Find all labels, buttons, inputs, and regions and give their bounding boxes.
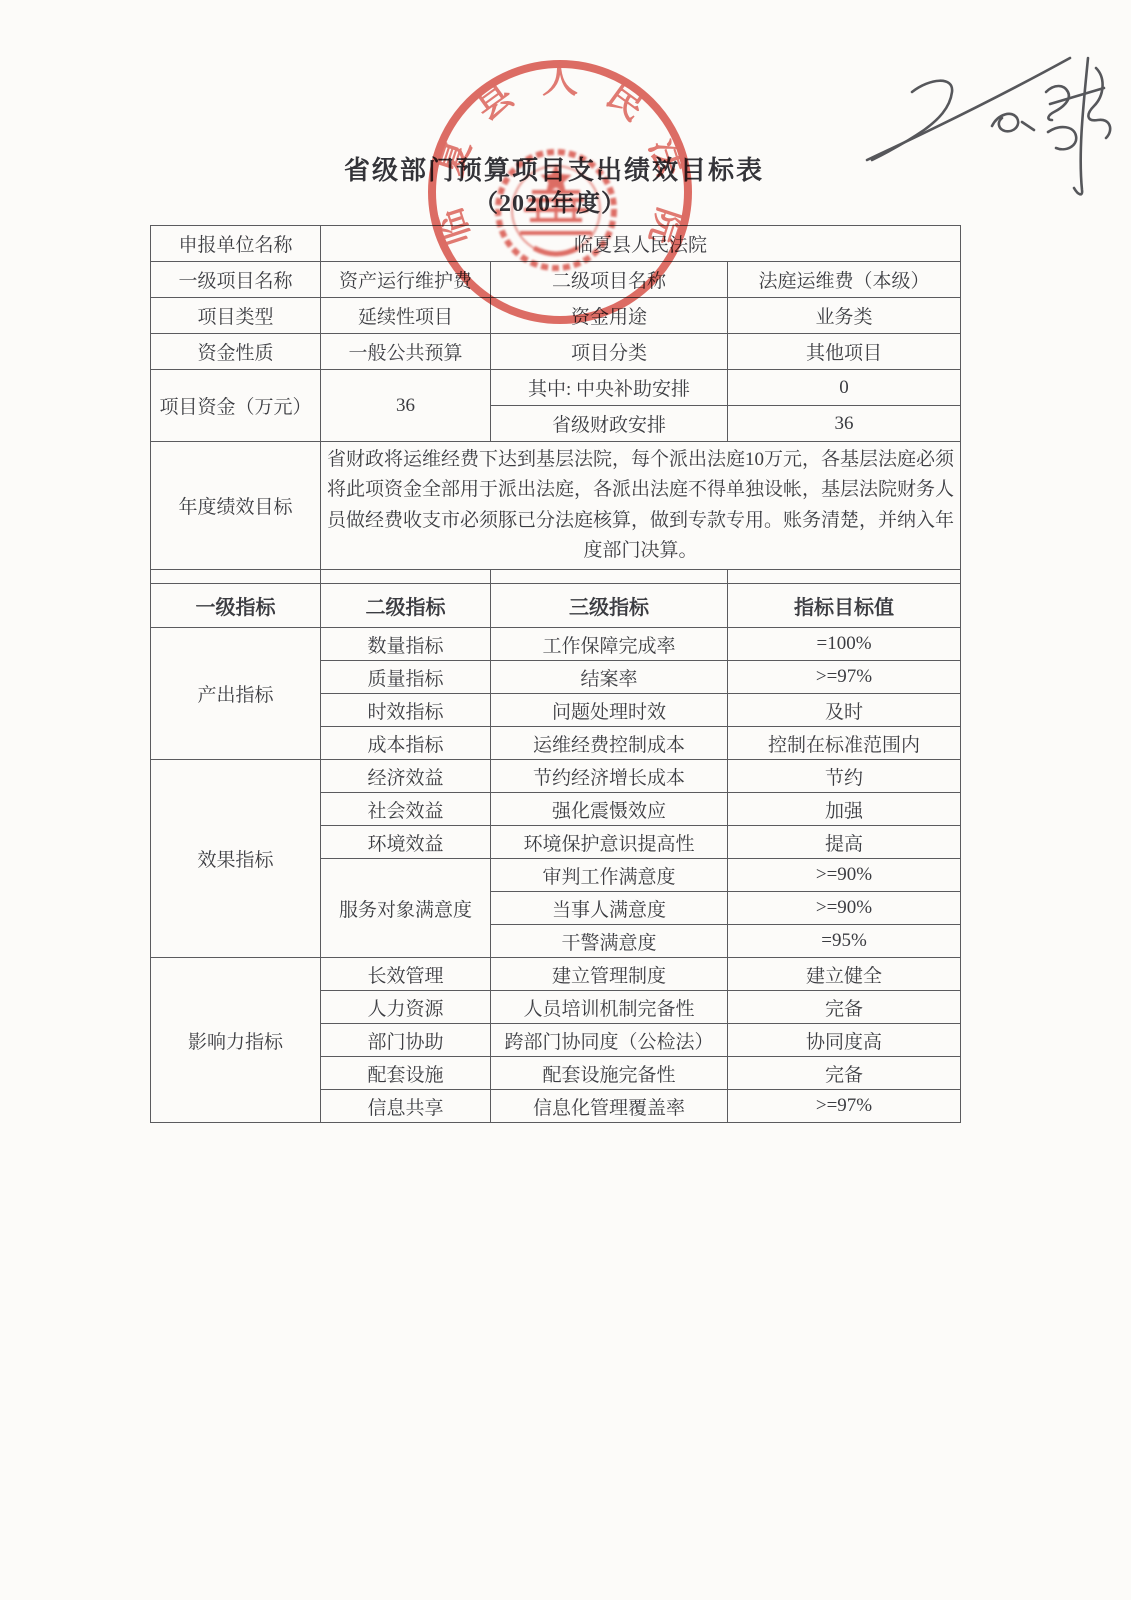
central-subsidy-label: 其中: 中央补助安排 xyxy=(491,370,728,406)
target-cell: 建立健全 xyxy=(728,958,961,991)
target-cell: 完备 xyxy=(728,991,961,1024)
project-category-label: 项目分类 xyxy=(491,334,728,370)
handwritten-signature xyxy=(850,40,1120,210)
table-row: 资金性质 一般公共预算 项目分类 其他项目 xyxy=(151,334,961,370)
signature-stroke xyxy=(1074,58,1088,194)
target-cell: >=90% xyxy=(728,892,961,925)
level2-project-value: 法庭运维费（本级） xyxy=(728,262,961,298)
target-cell: >=97% xyxy=(728,661,961,694)
fund-nature-value: 一般公共预算 xyxy=(321,334,491,370)
level3-cell: 当事人满意度 xyxy=(491,892,728,925)
project-fund-value: 36 xyxy=(321,370,491,442)
level3-cell: 运维经费控制成本 xyxy=(491,727,728,760)
indicator-row: 效果指标 经济效益 节约经济增长成本 节约 xyxy=(151,760,961,793)
level2-cell: 时效指标 xyxy=(321,694,491,727)
national-emblem-icon xyxy=(498,152,614,268)
annual-goal-text: 省财政将运维经费下达到基层法院，每个派出法庭10万元，各基层法庭必须将此项资金全… xyxy=(321,442,961,570)
seal-char: 民 xyxy=(600,75,653,129)
project-type-label: 项目类型 xyxy=(151,298,321,334)
provincial-finance-label: 省级财政安排 xyxy=(491,406,728,442)
level3-cell: 建立管理制度 xyxy=(491,958,728,991)
provincial-finance-value: 36 xyxy=(728,406,961,442)
target-cell: >=90% xyxy=(728,859,961,892)
indicator-header-row: 一级指标 二级指标 三级指标 指标目标值 xyxy=(151,584,961,628)
level3-cell: 结案率 xyxy=(491,661,728,694)
level2-cell: 数量指标 xyxy=(321,628,491,661)
table-row: 项目资金（万元） 36 其中: 中央补助安排 0 xyxy=(151,370,961,406)
target-cell: 协同度高 xyxy=(728,1024,961,1057)
group-effect-label: 效果指标 xyxy=(151,760,321,958)
target-cell: 加强 xyxy=(728,793,961,826)
declaring-unit-label: 申报单位名称 xyxy=(151,226,321,262)
indicator-row: 影响力指标 长效管理 建立管理制度 建立健全 xyxy=(151,958,961,991)
project-fund-label: 项目资金（万元） xyxy=(151,370,321,442)
level3-cell: 配套设施完备性 xyxy=(491,1057,728,1090)
seal-char: 县 xyxy=(468,75,521,129)
level2-cell: 配套设施 xyxy=(321,1057,491,1090)
fund-nature-label: 资金性质 xyxy=(151,334,321,370)
level2-cell: 部门协助 xyxy=(321,1024,491,1057)
signature-stroke xyxy=(872,81,952,160)
level2-cell: 成本指标 xyxy=(321,727,491,760)
spacer-cell xyxy=(321,570,491,584)
budget-performance-table: 申报单位名称 临夏县人民法院 一级项目名称 资产运行维护费 二级项目名称 法庭运… xyxy=(150,225,961,1123)
target-cell: =95% xyxy=(728,925,961,958)
target-cell: 提高 xyxy=(728,826,961,859)
level3-cell: 问题处理时效 xyxy=(491,694,728,727)
target-cell: 及时 xyxy=(728,694,961,727)
level2-cell: 环境效益 xyxy=(321,826,491,859)
header-target: 指标目标值 xyxy=(728,584,961,628)
level3-cell: 干警满意度 xyxy=(491,925,728,958)
header-level1: 一级指标 xyxy=(151,584,321,628)
level2-cell: 社会效益 xyxy=(321,793,491,826)
target-cell: 节约 xyxy=(728,760,961,793)
level3-cell: 人员培训机制完备性 xyxy=(491,991,728,1024)
target-cell: >=97% xyxy=(728,1090,961,1123)
level3-cell: 节约经济增长成本 xyxy=(491,760,728,793)
level1-project-label: 一级项目名称 xyxy=(151,262,321,298)
spacer-cell xyxy=(728,570,961,584)
spacer-cell xyxy=(491,570,728,584)
indicator-row: 产出指标 数量指标 工作保障完成率 =100% xyxy=(151,628,961,661)
level2-cell: 信息共享 xyxy=(321,1090,491,1123)
level3-cell: 信息化管理覆盖率 xyxy=(491,1090,728,1123)
level2-cell: 经济效益 xyxy=(321,760,491,793)
table-row: 年度绩效目标 省财政将运维经费下达到基层法院，每个派出法庭10万元，各基层法庭必… xyxy=(151,442,961,570)
central-subsidy-value: 0 xyxy=(728,370,961,406)
level3-cell: 审判工作满意度 xyxy=(491,859,728,892)
target-cell: 控制在标准范围内 xyxy=(728,727,961,760)
target-cell: 完备 xyxy=(728,1057,961,1090)
signature-stroke xyxy=(867,58,1070,160)
header-level3: 三级指标 xyxy=(491,584,728,628)
level3-cell: 环境保护意识提高性 xyxy=(491,826,728,859)
level3-cell: 跨部门协同度（公检法） xyxy=(491,1024,728,1057)
level3-cell: 强化震慑效应 xyxy=(491,793,728,826)
spacer-cell xyxy=(151,570,321,584)
group-output-label: 产出指标 xyxy=(151,628,321,760)
project-category-value: 其他项目 xyxy=(728,334,961,370)
header-level2: 二级指标 xyxy=(321,584,491,628)
level2-cell: 长效管理 xyxy=(321,958,491,991)
signature-stroke xyxy=(1022,122,1034,130)
service-satisfaction-cell: 服务对象满意度 xyxy=(321,859,491,958)
level3-cell: 工作保障完成率 xyxy=(491,628,728,661)
signature-stroke xyxy=(1048,127,1076,149)
group-influence-label: 影响力指标 xyxy=(151,958,321,1123)
signature-stroke xyxy=(992,114,1018,131)
spacer-row xyxy=(151,570,961,584)
target-cell: =100% xyxy=(728,628,961,661)
seal-char: 人 xyxy=(542,60,578,100)
official-seal: 临 夏 县 人 民 法 院 xyxy=(420,52,700,332)
annual-goal-label: 年度绩效目标 xyxy=(151,442,321,570)
level2-cell: 人力资源 xyxy=(321,991,491,1024)
signature-stroke xyxy=(1088,68,1110,138)
fund-use-value: 业务类 xyxy=(728,298,961,334)
signature-stroke xyxy=(1050,88,1104,104)
level2-cell: 质量指标 xyxy=(321,661,491,694)
